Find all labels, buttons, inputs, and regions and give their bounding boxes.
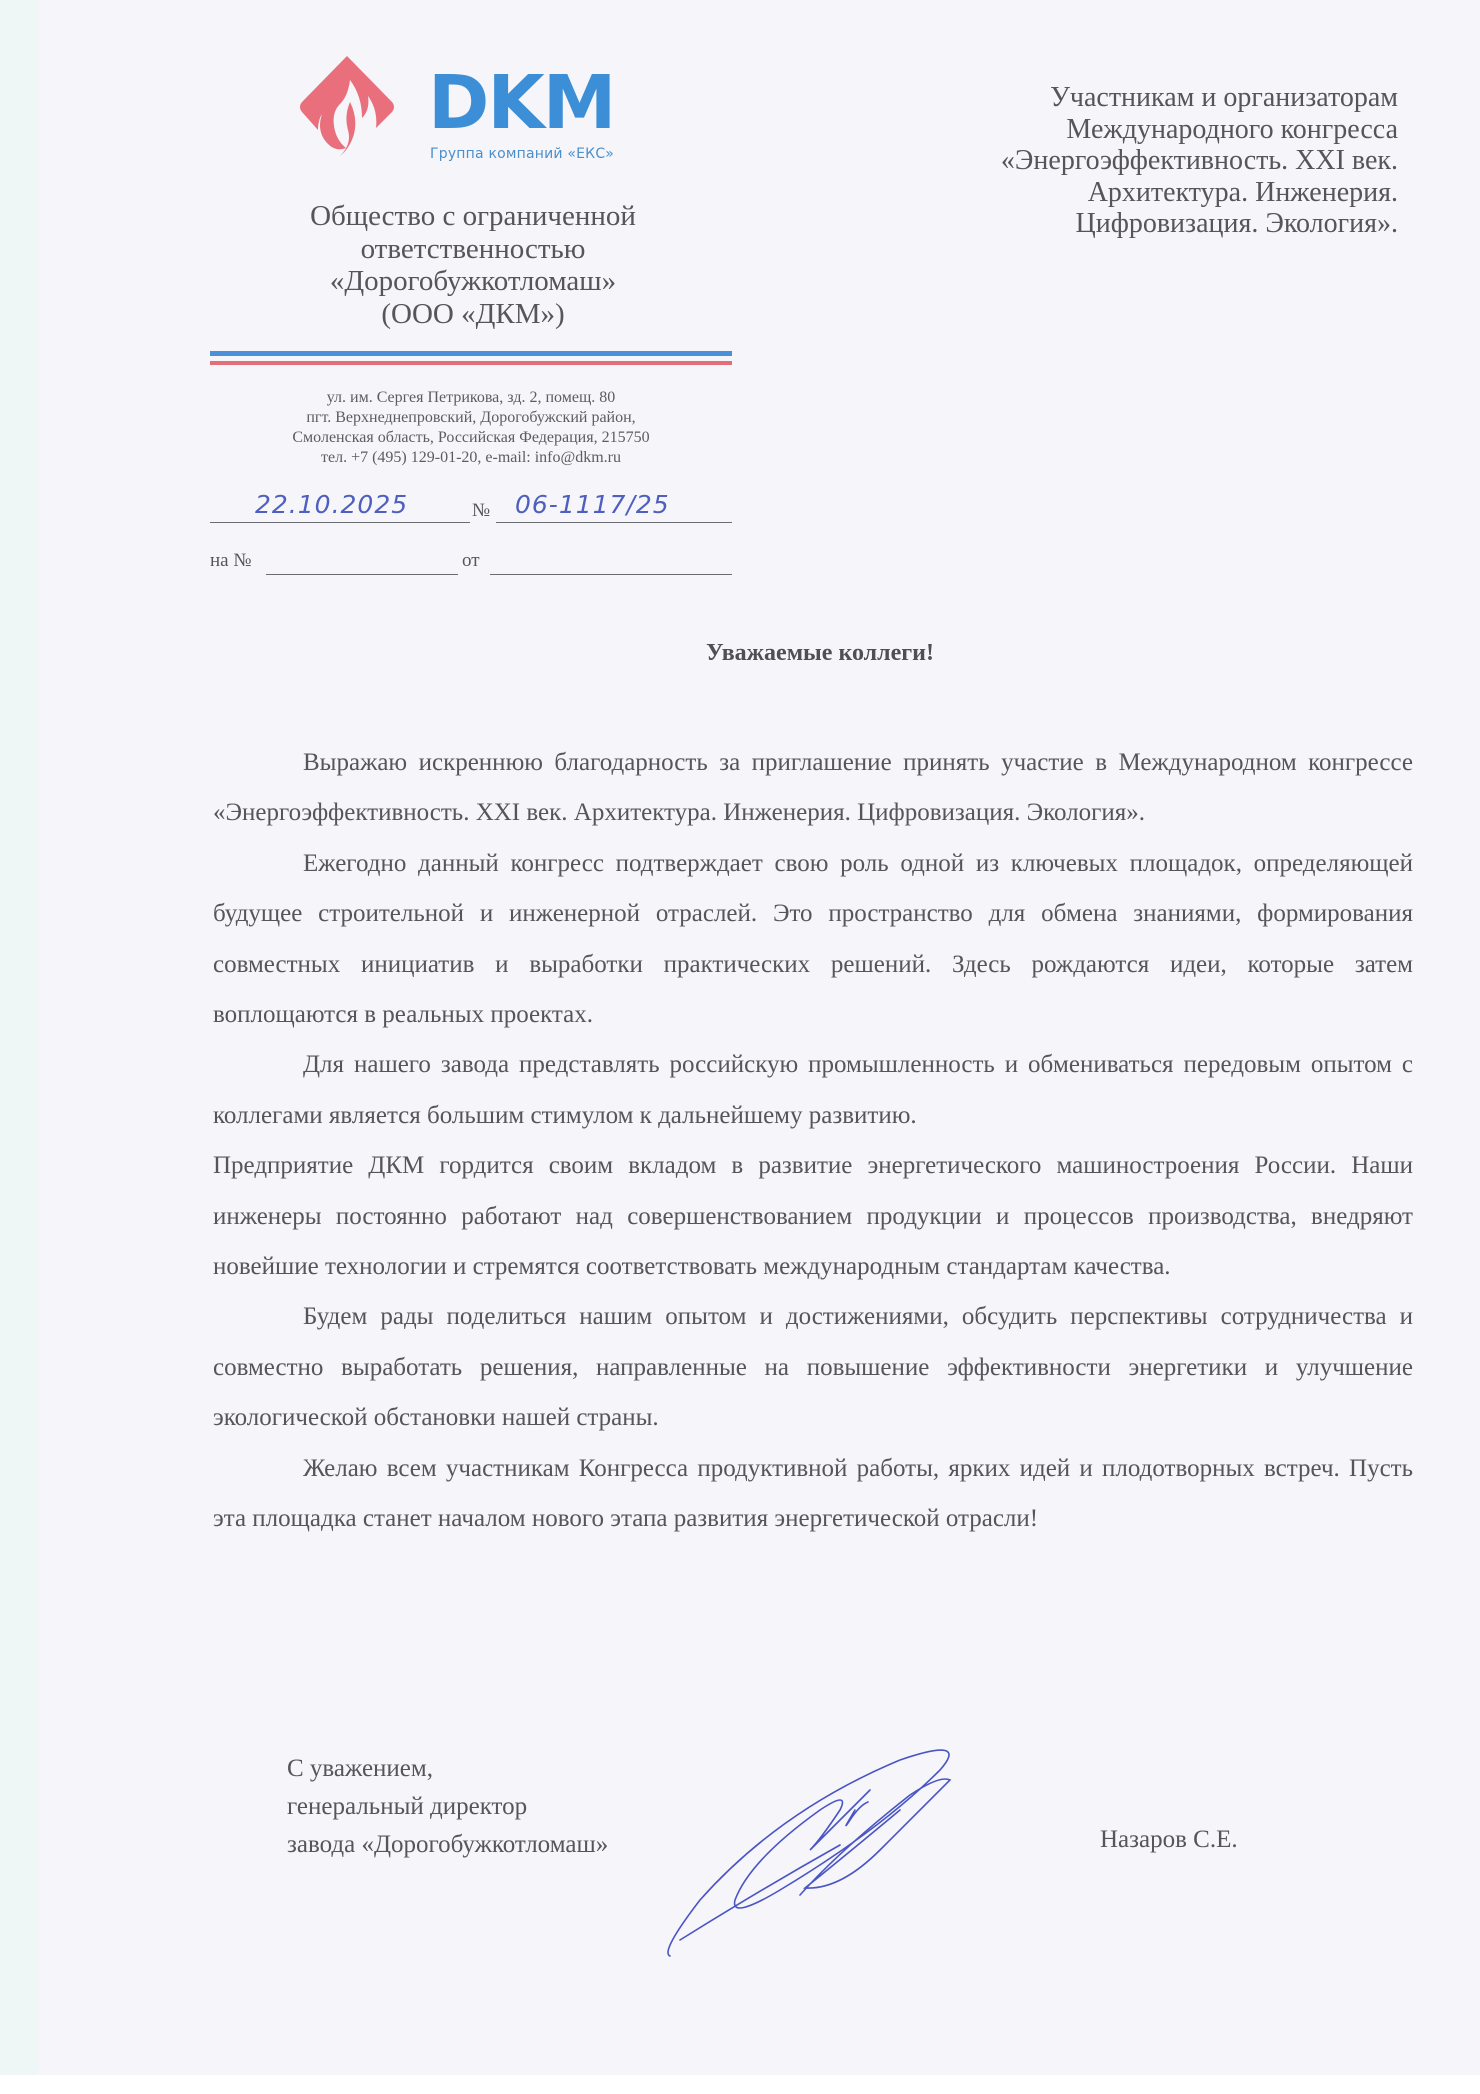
signer-organization: завода «Дорогобужкотломаш»	[287, 1826, 608, 1864]
greeting-heading: Уважаемые коллеги!	[210, 640, 1430, 667]
letterhead-stripe-blue	[210, 351, 732, 356]
body-paragraph: Будем рады поделиться нашим опытом и дос…	[213, 1292, 1413, 1443]
company-address: ул. им. Сергея Петрикова, зд. 2, помещ. …	[210, 388, 732, 468]
company-name-line: (ООО «ДКМ»)	[208, 298, 738, 331]
address-line: пгт. Верхнеднепровский, Дорогобужский ра…	[210, 408, 732, 428]
number-label: №	[472, 500, 490, 522]
scan-edge-strip	[0, 0, 39, 2075]
body-paragraph: Выражаю искреннюю благодарность за пригл…	[213, 738, 1413, 839]
address-line: ул. им. Сергея Петрикова, зд. 2, помещ. …	[210, 388, 732, 408]
incoming-reference: на № от	[210, 546, 732, 580]
company-name-line: ответственностью	[208, 233, 738, 266]
letter-body: Выражаю искреннюю благодарность за пригл…	[213, 738, 1413, 1545]
recipient-line: Цифровизация. Экология».	[900, 208, 1398, 240]
recipient-line: Архитектура. Инженерия.	[900, 177, 1398, 209]
signature-icon	[640, 1740, 1060, 1970]
recipient-block: Участникам и организаторам Международног…	[900, 82, 1398, 240]
recipient-line: «Энергоэффективность. XXI век.	[900, 145, 1398, 177]
recipient-line: Участникам и организаторам	[900, 82, 1398, 114]
brand-tagline: Группа компаний «ЕКС»	[430, 146, 614, 162]
body-paragraph: Ежегодно данный конгресс подтверждает св…	[213, 839, 1413, 1041]
body-paragraph: Для нашего завода представлять российску…	[213, 1040, 1413, 1141]
from-date-field	[490, 546, 732, 575]
address-contacts: тел. +7 (495) 129-01-20, e-mail: info@dk…	[210, 448, 732, 468]
reply-number-label: на №	[210, 550, 251, 572]
body-paragraph: Предприятие ДКМ гордится своим вкладом в…	[213, 1141, 1413, 1292]
handwritten-date: 22.10.2025	[255, 490, 408, 519]
company-name-line: Общество с ограниченной	[208, 200, 738, 233]
outgoing-registration: 22.10.2025 № 06-1117/25	[210, 492, 732, 532]
signer-title: генеральный директор	[287, 1788, 608, 1826]
brand-logo-text: DKM	[428, 66, 614, 140]
closing-block: С уважением, генеральный директор завода…	[287, 1750, 608, 1864]
handwritten-number: 06-1117/25	[515, 490, 670, 519]
company-name: Общество с ограниченной ответственностью…	[208, 200, 738, 330]
closing-salutation: С уважением,	[287, 1750, 608, 1788]
company-name-line: «Дорогобужкотломаш»	[208, 265, 738, 298]
signer-name: Назаров С.Е.	[1100, 1826, 1238, 1854]
reply-number-field	[266, 546, 458, 575]
recipient-line: Международного конгресса	[900, 114, 1398, 146]
scan-bottom-margin	[0, 2075, 1480, 2094]
flame-diamond-icon	[292, 52, 402, 162]
from-label: от	[462, 550, 480, 572]
address-line: Смоленская область, Российская Федерация…	[210, 428, 732, 448]
body-paragraph: Желаю всем участникам Конгресса продукти…	[213, 1444, 1413, 1545]
letterhead-stripe-red	[210, 361, 732, 365]
